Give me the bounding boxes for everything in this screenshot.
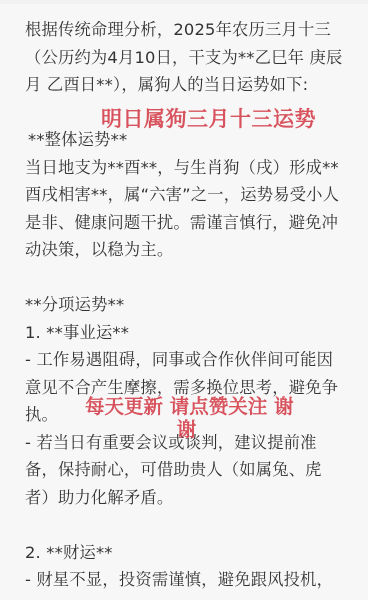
wealth-heading: 2. **财运** — [25, 539, 347, 567]
career-bullet2-line-3: 者）助力化解矛盾。 — [25, 484, 347, 512]
wealth-bullet1-line-1: - 财星不显，投资需谨慎，避免跟风投机， — [25, 566, 347, 594]
overlay-title-caption: 明日属狗三月十三运势 — [101, 105, 316, 133]
overall-line-2: 酉戌相害**，属“六害”之一，运势易受小人 — [25, 181, 347, 209]
career-bullet2-line-2: 备，保持耐心，可借助贵人（如属兔、虎 — [25, 456, 347, 484]
career-bullet1-line-1: - 工作易遇阻碍，同事或合作伙伴间可能因 — [25, 346, 347, 374]
article-body: 根据传统命理分析，2025年农历三月十三 （公历约为4月10日，干支为**乙巳年… — [25, 16, 347, 594]
overall-line-4: 动决策，以稳为主。 — [25, 236, 347, 264]
intro-line-3: 月 乙酉日**），属狗人的当日运势如下: — [25, 71, 347, 99]
overall-line-3: 是非、健康问题干扰。需谨言慎行，避免冲 — [25, 209, 347, 237]
details-heading: **分项运势** — [25, 291, 347, 319]
overlay-follow-caption: 每天更新 请点赞关注 谢 谢 — [85, 395, 300, 441]
top-edge-divider — [0, 0, 368, 4]
intro-line-2: （公历约为4月10日，干支为**乙巳年 庚辰 — [25, 44, 347, 72]
overall-line-1: 当日地支为**酉**，与生肖狗（戌）形成** — [25, 154, 347, 182]
intro-line-1: 根据传统命理分析，2025年农历三月十三 — [25, 16, 347, 44]
spacer — [25, 511, 347, 539]
career-heading: 1. **事业运** — [25, 319, 347, 347]
overlay-follow-line-1: 每天更新 请点赞关注 谢 — [85, 395, 294, 418]
spacer — [25, 264, 347, 292]
overlay-follow-line-2: 谢 — [85, 418, 300, 441]
